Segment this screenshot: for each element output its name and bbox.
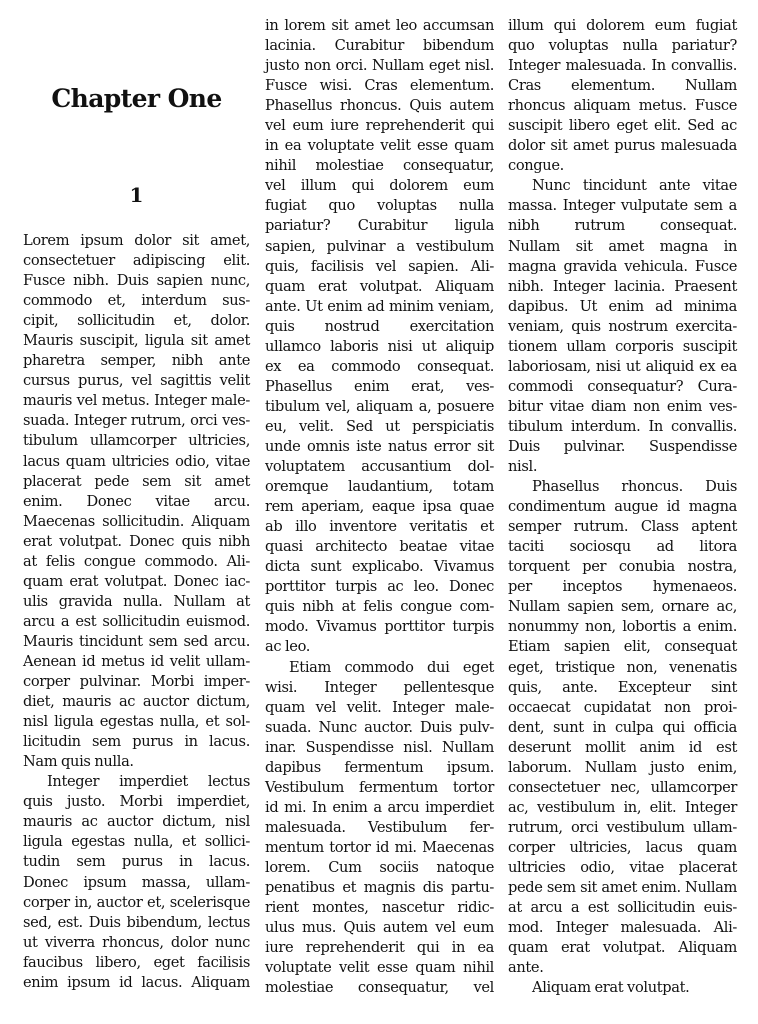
text-line: quam vel velit. Integer male- bbox=[265, 698, 494, 718]
text-line: dent, sunt in culpa qui officia bbox=[508, 718, 737, 738]
text-column-1: Lorem ipsum dolor sit amet,consectetuer … bbox=[23, 231, 250, 993]
text-line: illum qui dolorem eum fugiat bbox=[508, 16, 737, 36]
text-line: vel illum qui dolorem eum bbox=[265, 176, 494, 196]
text-line: deserunt mollit anim id est bbox=[508, 738, 737, 758]
text-line: Fusce wisi. Cras elementum. bbox=[265, 76, 494, 96]
text-line: Etiam commodo dui eget bbox=[265, 658, 494, 678]
text-line: ante. bbox=[508, 958, 737, 978]
text-line: nonummy non, lobortis a enim. bbox=[508, 617, 737, 637]
text-line: consectetuer adipiscing elit. bbox=[23, 251, 250, 271]
text-line: sed, est. Duis bibendum, lectus bbox=[23, 913, 250, 933]
text-line: nihil molestiae consequatur, bbox=[265, 156, 494, 176]
text-line: modo. Vivamus porttitor turpis bbox=[265, 617, 494, 637]
text-line: quam erat volutpat. Aliquam bbox=[508, 938, 737, 958]
text-line: unde omnis iste natus error sit bbox=[265, 437, 494, 457]
text-line: wisi. Integer pellentesque bbox=[265, 678, 494, 698]
text-line: Maecenas sollicitudin. Aliquam bbox=[23, 512, 250, 532]
text-line: semper rutrum. Class aptent bbox=[508, 517, 737, 537]
text-line: mauris ac auctor dictum, nisl bbox=[23, 812, 250, 832]
text-line: ullamco laboris nisi ut aliquip bbox=[265, 337, 494, 357]
text-line: faucibus libero, eget facilisis bbox=[23, 953, 250, 973]
text-line: pariatur? Curabitur ligula bbox=[265, 216, 494, 236]
text-line: lacinia. Curabitur bibendum bbox=[265, 36, 494, 56]
text-line: enim. Donec vitae arcu. bbox=[23, 492, 250, 512]
text-line: congue. bbox=[508, 156, 737, 176]
text-line: tionem ullam corporis suscipit bbox=[508, 337, 737, 357]
text-line: inar. Suspendisse nisl. Nullam bbox=[265, 738, 494, 758]
text-line: Nullam sapien sem, ornare ac, bbox=[508, 597, 737, 617]
text-column-3: illum qui dolorem eum fugiatquo voluptas… bbox=[508, 16, 737, 998]
text-line: quis, facilisis vel sapien. Ali- bbox=[265, 257, 494, 277]
text-line: mod. Integer malesuada. Ali- bbox=[508, 918, 737, 938]
text-line: rhoncus aliquam metus. Fusce bbox=[508, 96, 737, 116]
text-line: corper in, auctor et, scelerisque bbox=[23, 893, 250, 913]
text-line: Donec ipsum massa, ullam- bbox=[23, 873, 250, 893]
text-line: Duis pulvinar. Suspendisse bbox=[508, 437, 737, 457]
text-line: nibh. Integer lacinia. Praesent bbox=[508, 277, 737, 297]
text-line: tibulum ullamcorper ultricies, bbox=[23, 431, 250, 451]
text-line: Etiam sapien elit, consequat bbox=[508, 637, 737, 657]
text-line: eu, velit. Sed ut perspiciatis bbox=[265, 417, 494, 437]
text-line: penatibus et magnis dis partu- bbox=[265, 878, 494, 898]
text-line: arcu a est sollicitudin euismod. bbox=[23, 612, 250, 632]
text-line: Mauris suscipit, ligula sit amet bbox=[23, 331, 250, 351]
text-line: at felis congue commodo. Ali- bbox=[23, 552, 250, 572]
text-line: quis justo. Morbi imperdiet, bbox=[23, 792, 250, 812]
text-line: nibh rutrum consequat. bbox=[508, 216, 737, 236]
text-line: condimentum augue id magna bbox=[508, 497, 737, 517]
text-line: rutrum, orci vestibulum ullam- bbox=[508, 818, 737, 838]
text-line: fugiat quo voluptas nulla bbox=[265, 196, 494, 216]
text-line: Phasellus rhoncus. Duis bbox=[508, 477, 737, 497]
text-line: Fusce nibh. Duis sapien nunc, bbox=[23, 271, 250, 291]
text-line: torquent per conubia nostra, bbox=[508, 557, 737, 577]
text-line: quis nibh at felis congue com- bbox=[265, 597, 494, 617]
text-line: porttitor turpis ac leo. Donec bbox=[265, 577, 494, 597]
text-line: massa. Integer vulputate sem a bbox=[508, 196, 737, 216]
text-line: Integer imperdiet lectus bbox=[23, 772, 250, 792]
text-line: mauris vel metus. Integer male- bbox=[23, 391, 250, 411]
text-line: oremque laudantium, totam bbox=[265, 477, 494, 497]
text-line: vel eum iure reprehenderit qui bbox=[265, 116, 494, 136]
text-line: Cras elementum. Nullam bbox=[508, 76, 737, 96]
text-line: quo voluptas nulla pariatur? bbox=[508, 36, 737, 56]
text-line: commodo et, interdum sus- bbox=[23, 291, 250, 311]
text-line: tibulum interdum. In convallis. bbox=[508, 417, 737, 437]
text-line: ex ea commodo consequat. bbox=[265, 357, 494, 377]
text-line: veniam, quis nostrum exercita- bbox=[508, 317, 737, 337]
text-line: Integer malesuada. In convallis. bbox=[508, 56, 737, 76]
text-line: Nullam sit amet magna in bbox=[508, 237, 737, 257]
chapter-title: Chapter One bbox=[23, 84, 250, 113]
text-line: ulis gravida nulla. Nullam at bbox=[23, 592, 250, 612]
text-line: dapibus. Ut enim ad minima bbox=[508, 297, 737, 317]
text-line: Phasellus rhoncus. Quis autem bbox=[265, 96, 494, 116]
text-line: mentum tortor id mi. Maecenas bbox=[265, 838, 494, 858]
text-line: corper pulvinar. Morbi imper- bbox=[23, 672, 250, 692]
text-column-2: in lorem sit amet leo accumsanlacinia. C… bbox=[265, 16, 494, 998]
text-line: laborum. Nullam justo enim, bbox=[508, 758, 737, 778]
text-line: malesuada. Vestibulum fer- bbox=[265, 818, 494, 838]
text-line: sapien, pulvinar a vestibulum bbox=[265, 237, 494, 257]
text-line: suada. Nunc auctor. Duis pulv- bbox=[265, 718, 494, 738]
text-line: Aliquam erat volutpat. bbox=[508, 978, 737, 998]
text-line: consectetuer nec, ullamcorper bbox=[508, 778, 737, 798]
text-line: voluptatem accusantium dol- bbox=[265, 457, 494, 477]
text-line: diet, mauris ac auctor dictum, bbox=[23, 692, 250, 712]
text-line: Mauris tincidunt sem sed arcu. bbox=[23, 632, 250, 652]
text-line: magna gravida vehicula. Fusce bbox=[508, 257, 737, 277]
text-line: ac, vestibulum in, elit. Integer bbox=[508, 798, 737, 818]
text-line: pede sem sit amet enim. Nullam bbox=[508, 878, 737, 898]
text-line: suada. Integer rutrum, orci ves- bbox=[23, 411, 250, 431]
text-line: ab illo inventore veritatis et bbox=[265, 517, 494, 537]
text-line: placerat pede sem sit amet bbox=[23, 472, 250, 492]
text-line: commodi consequatur? Cura- bbox=[508, 377, 737, 397]
text-line: nisl. bbox=[508, 457, 737, 477]
text-line: dolor sit amet purus malesuada bbox=[508, 136, 737, 156]
text-line: Lorem ipsum dolor sit amet, bbox=[23, 231, 250, 251]
text-line: quis, ante. Excepteur sint bbox=[508, 678, 737, 698]
text-line: occaecat cupidatat non proi- bbox=[508, 698, 737, 718]
text-line: licitudin sem purus in lacus. bbox=[23, 732, 250, 752]
text-line: pharetra semper, nibh ante bbox=[23, 351, 250, 371]
text-line: ac leo. bbox=[265, 637, 494, 657]
text-line: laboriosam, nisi ut aliquid ex ea bbox=[508, 357, 737, 377]
text-line: at arcu a est sollicitudin euis- bbox=[508, 898, 737, 918]
text-line: dapibus fermentum ipsum. bbox=[265, 758, 494, 778]
text-line: in ea voluptate velit esse quam bbox=[265, 136, 494, 156]
text-line: in lorem sit amet leo accumsan bbox=[265, 16, 494, 36]
text-line: suscipit libero eget elit. Sed ac bbox=[508, 116, 737, 136]
text-line: nisl ligula egestas nulla, et sol- bbox=[23, 712, 250, 732]
text-line: quis nostrud exercitation bbox=[265, 317, 494, 337]
text-line: id mi. In enim a arcu imperdiet bbox=[265, 798, 494, 818]
text-line: enim ipsum id lacus. Aliquam bbox=[23, 973, 250, 993]
text-line: ante. Ut enim ad minim veniam, bbox=[265, 297, 494, 317]
text-line: rem aperiam, eaque ipsa quae bbox=[265, 497, 494, 517]
text-line: ligula egestas nulla, et sollici- bbox=[23, 832, 250, 852]
text-line: erat volutpat. Donec quis nibh bbox=[23, 532, 250, 552]
text-line: Nam quis nulla. bbox=[23, 752, 250, 772]
text-line: Nunc tincidunt ante vitae bbox=[508, 176, 737, 196]
section-number: 1 bbox=[23, 183, 250, 207]
text-line: quam erat volutpat. Aliquam bbox=[265, 277, 494, 297]
text-line: voluptate velit esse quam nihil bbox=[265, 958, 494, 978]
text-line: eget, tristique non, venenatis bbox=[508, 658, 737, 678]
text-line: iure reprehenderit qui in ea bbox=[265, 938, 494, 958]
text-line: cipit, sollicitudin et, dolor. bbox=[23, 311, 250, 331]
text-line: quasi architecto beatae vitae bbox=[265, 537, 494, 557]
text-line: Aenean id metus id velit ullam- bbox=[23, 652, 250, 672]
text-line: Vestibulum fermentum tortor bbox=[265, 778, 494, 798]
text-line: ulus mus. Quis autem vel eum bbox=[265, 918, 494, 938]
text-line: per inceptos hymenaeos. bbox=[508, 577, 737, 597]
text-line: taciti sociosqu ad litora bbox=[508, 537, 737, 557]
text-line: lorem. Cum sociis natoque bbox=[265, 858, 494, 878]
text-line: Phasellus enim erat, ves- bbox=[265, 377, 494, 397]
text-line: lacus quam ultricies odio, vitae bbox=[23, 452, 250, 472]
text-line: ut viverra rhoncus, dolor nunc bbox=[23, 933, 250, 953]
text-line: molestiae consequatur, vel bbox=[265, 978, 494, 998]
text-line: tibulum vel, aliquam a, posuere bbox=[265, 397, 494, 417]
text-line: cursus purus, vel sagittis velit bbox=[23, 371, 250, 391]
text-line: bitur vitae diam non enim ves- bbox=[508, 397, 737, 417]
text-line: quam erat volutpat. Donec iac- bbox=[23, 572, 250, 592]
text-line: tudin sem purus in lacus. bbox=[23, 852, 250, 872]
text-line: justo non orci. Nullam eget nisl. bbox=[265, 56, 494, 76]
text-line: rient montes, nascetur ridic- bbox=[265, 898, 494, 918]
text-line: ultricies odio, vitae placerat bbox=[508, 858, 737, 878]
text-line: dicta sunt explicabo. Vivamus bbox=[265, 557, 494, 577]
text-line: corper ultricies, lacus quam bbox=[508, 838, 737, 858]
